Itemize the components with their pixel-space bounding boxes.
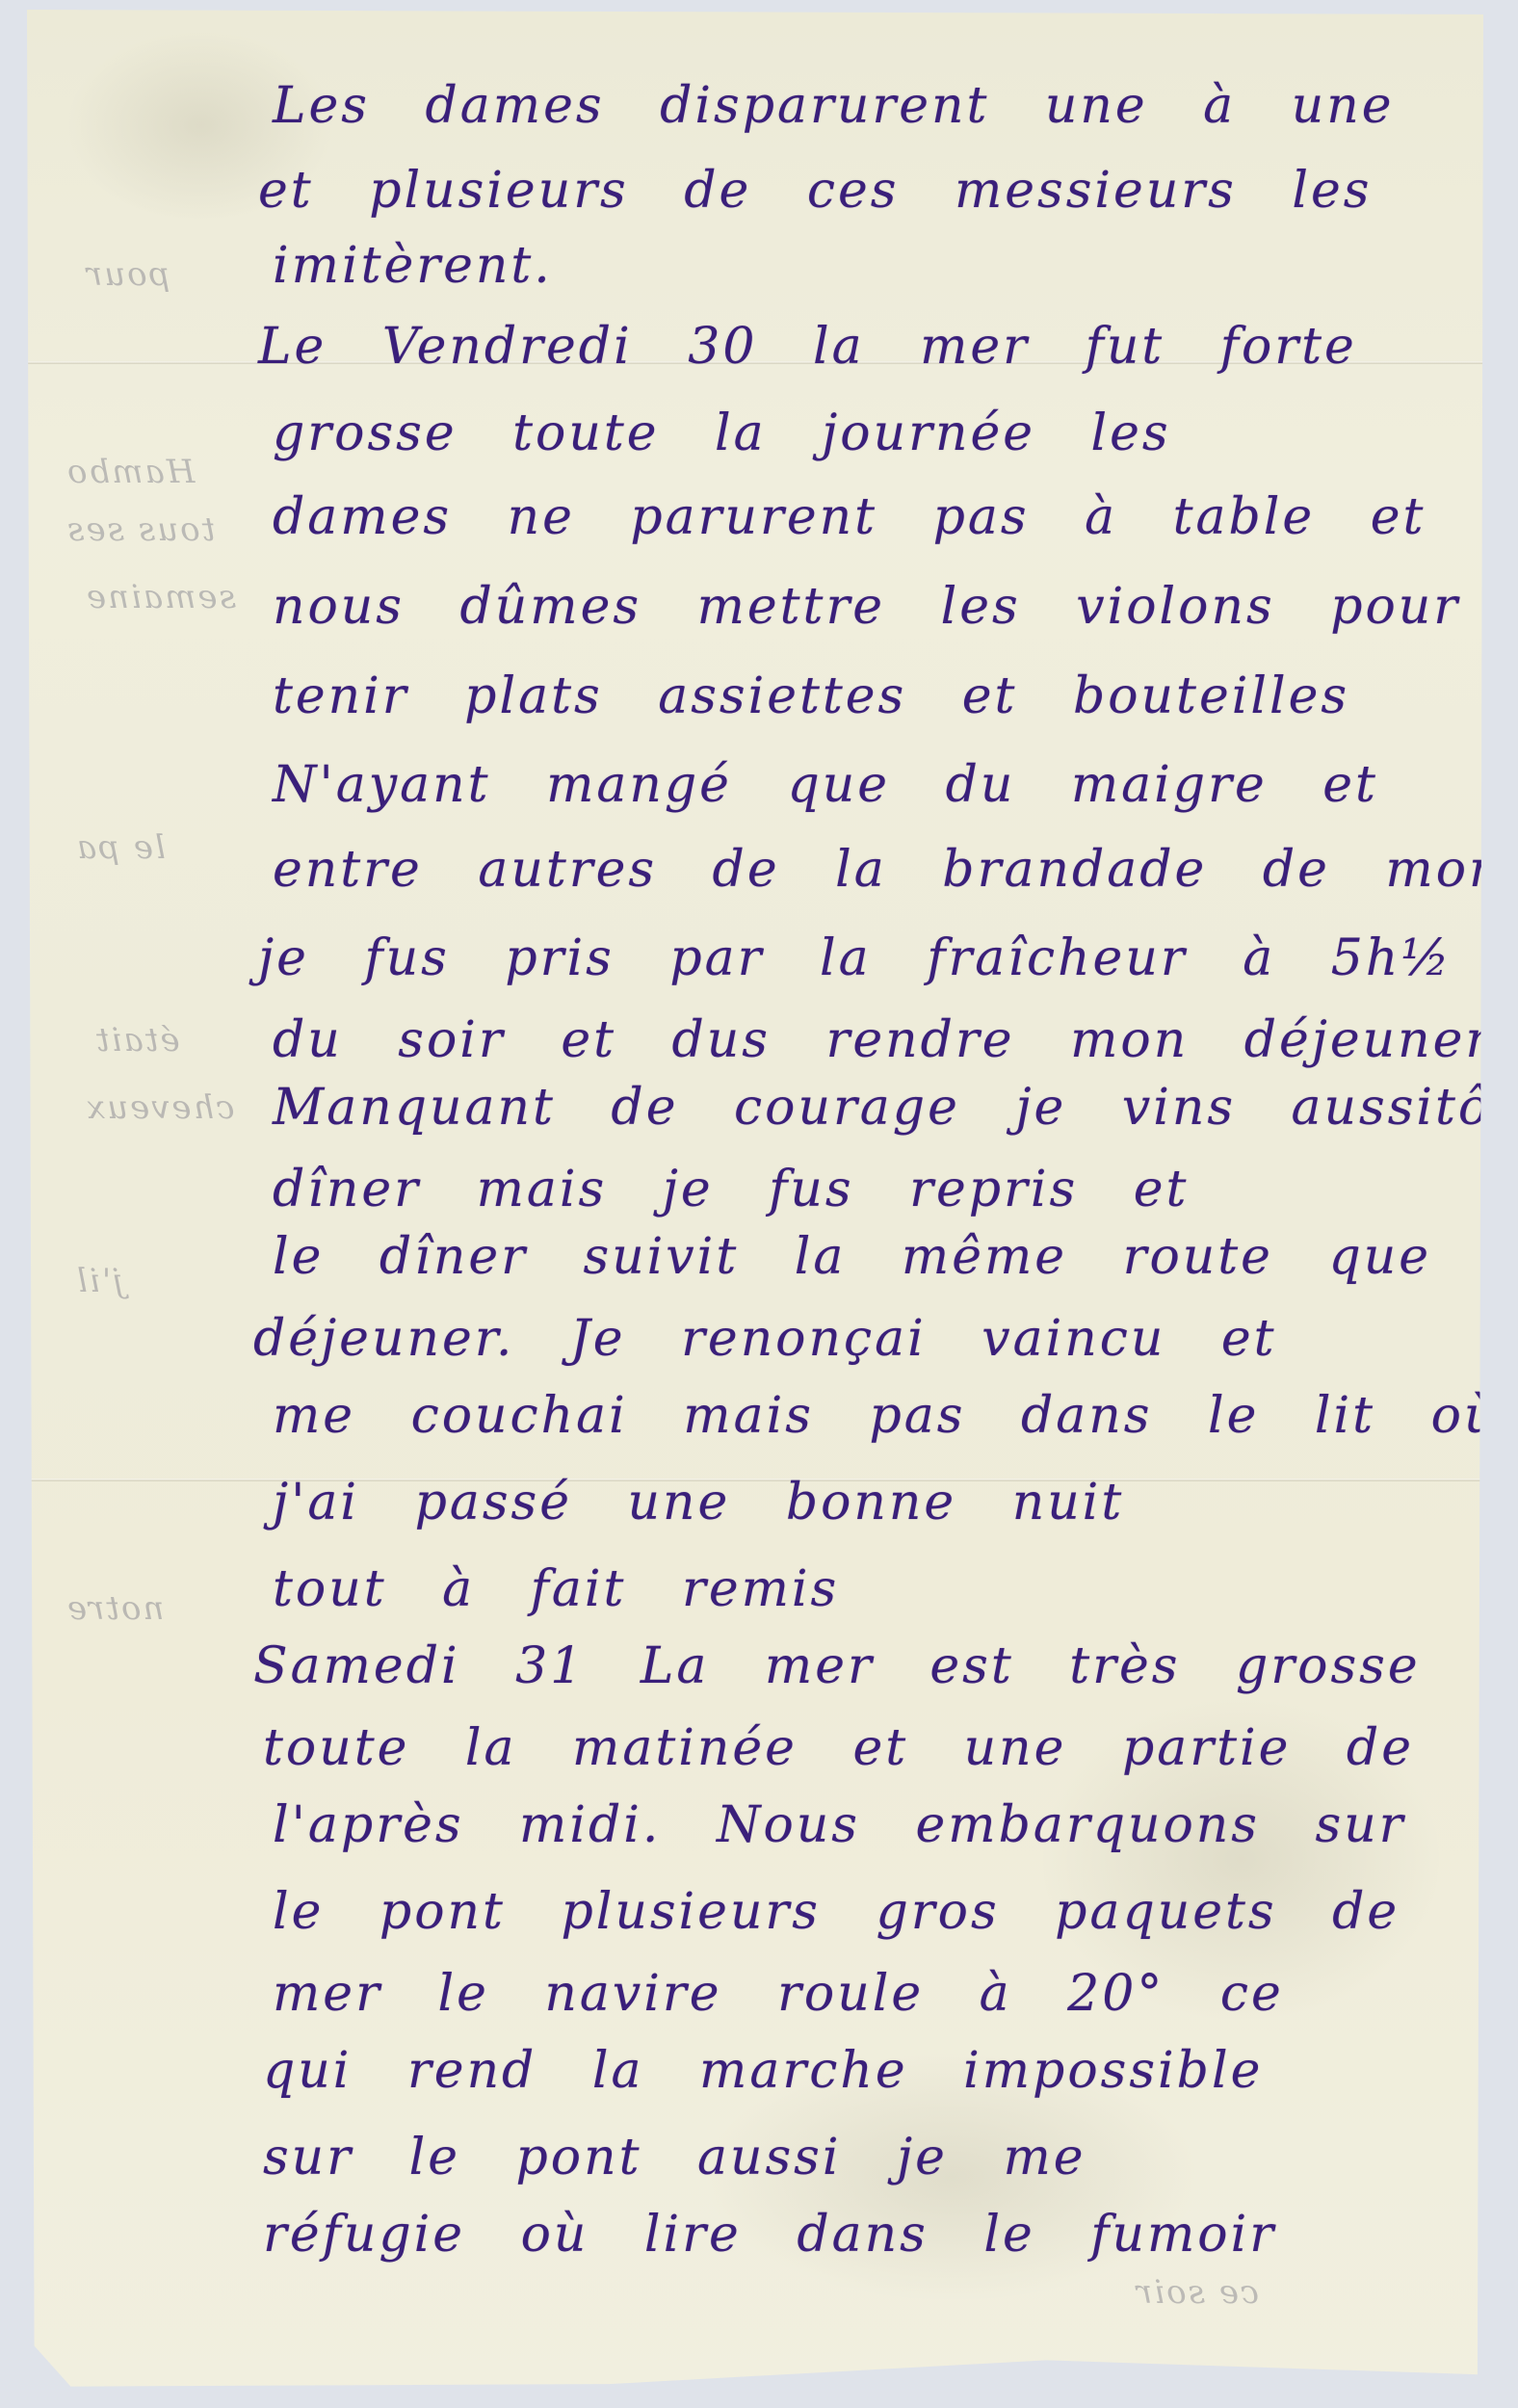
letter-line: tenir plats assiettes et bouteilles <box>273 667 1496 725</box>
bleed-through-text: semaine <box>85 578 236 616</box>
bleed-through-text: le pa <box>75 828 166 867</box>
letter-line: me couchai mais pas dans le lit où <box>273 1387 1496 1445</box>
letter-line: réfugie où lire dans le fumoir <box>263 2206 1486 2264</box>
bleed-through-text: j'il <box>75 1262 123 1300</box>
letter-line: déjeuner. Je renonçai vaincu et <box>253 1310 1477 1368</box>
bleed-through-text: était <box>94 1021 180 1060</box>
letter-line: toute la matinée et une partie de <box>263 1719 1486 1777</box>
letter-line: mer le navire roule à 20° ce <box>273 1965 1496 2023</box>
bleed-through-text: ce soir <box>1135 2273 1259 2312</box>
letter-line: tout à fait remis <box>273 1560 1496 1618</box>
letter-line: dames ne parurent pas à table et <box>273 488 1496 546</box>
letter-line: nous dûmes mettre les violons pour <box>273 578 1496 636</box>
bleed-through-text: tous ses <box>65 510 215 549</box>
letter-line: grosse toute la journée les <box>273 405 1496 462</box>
letter-line: imitèrent. <box>273 237 1496 295</box>
letter-line: le pont plusieurs gros paquets de <box>273 1883 1496 1941</box>
letter-line: Les dames disparurent une à une <box>273 77 1496 135</box>
bleed-through-text: notre <box>65 1589 164 1628</box>
letter-line: sur le pont aussi je me <box>263 2129 1486 2186</box>
letter-line: N'ayant mangé que du maigre et <box>273 756 1496 814</box>
bleed-through-text: Hambo <box>65 453 195 491</box>
letter-line: je fus pris par la fraîcheur à 5h½ <box>258 929 1481 987</box>
letter-page: pour Hambo tous ses semaine le pa était … <box>27 10 1483 2394</box>
letter-line: Manquant de courage je vins aussitôt <box>273 1079 1496 1137</box>
letter-line: j'ai passé une bonne nuit <box>273 1474 1496 1531</box>
letter-line: du soir et dus rendre mon déjeuner <box>273 1011 1496 1069</box>
letter-line: Le Vendredi 30 la mer fut forte <box>258 318 1481 376</box>
letter-line: entre autres de la brandade de morue <box>273 841 1496 899</box>
letter-line: l'après midi. Nous embarquons sur <box>273 1796 1496 1854</box>
letter-line: dîner mais je fus repris et <box>273 1161 1496 1218</box>
letter-line: Samedi 31 La mer est très grosse <box>253 1637 1477 1695</box>
letter-line: et plusieurs de ces messieurs les <box>258 162 1481 220</box>
bleed-through-text: pour <box>85 255 170 294</box>
bleed-through-text: cheveux <box>85 1088 234 1127</box>
letter-line: qui rend la marche impossible <box>263 2042 1486 2100</box>
letter-line: le dîner suivit la même route que le <box>273 1228 1496 1286</box>
